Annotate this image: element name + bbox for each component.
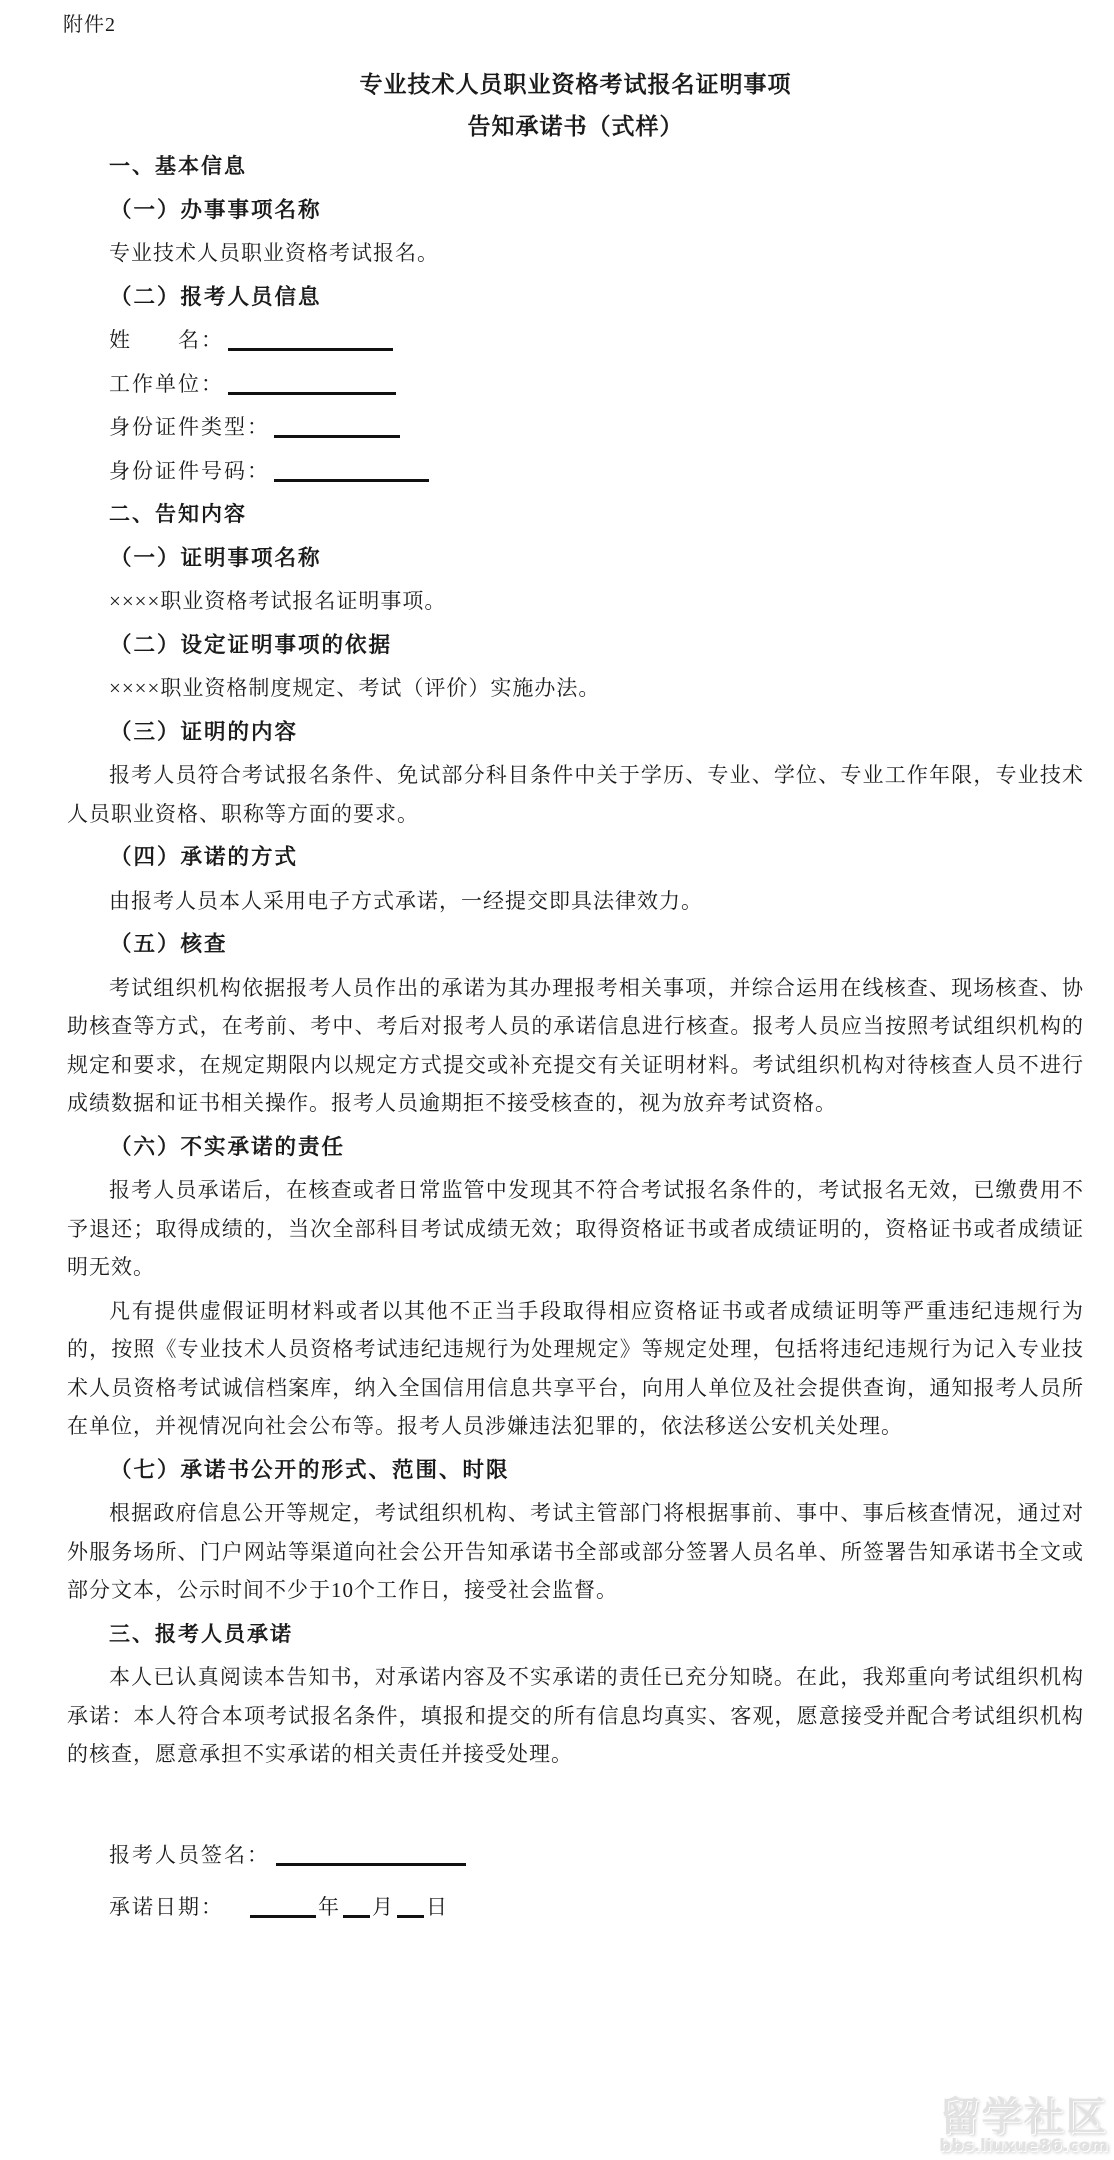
watermark-site-url: bbs.liuxue86.com (939, 2138, 1108, 2156)
document-page: 附件2 专业技术人员职业资格考试报名证明事项 告知承诺书（式样） 一、基本信息 … (0, 0, 1114, 2160)
month-suffix-label: 月 (372, 1895, 395, 1919)
section-heading-basic-info: 一、基本信息 (67, 147, 1084, 186)
subheading-applicant-info: （二）报考人员信息 (67, 278, 1084, 317)
subheading-false-commitment-liability: （六）不实承诺的责任 (67, 1128, 1084, 1167)
signature-label: 报考人员签名： (109, 1843, 270, 1867)
name-field-blank (228, 324, 393, 351)
work-unit-field-label: 工作单位： (109, 372, 224, 396)
paragraph-false-commitment-1: 报考人员承诺后，在核查或者日常监管中发现其不符合考试报名条件的，考试报名无效，已… (67, 1171, 1084, 1287)
subheading-matter-name: （一）办事事项名称 (67, 191, 1084, 230)
paragraph-commitment-method: 由报考人员本人采用电子方式承诺，一经提交即具法律效力。 (67, 882, 1084, 921)
id-type-field-label: 身份证件类型： (109, 415, 270, 439)
date-label: 承诺日期： (109, 1895, 224, 1919)
field-row-work-unit: 工作单位： (67, 365, 1084, 404)
subheading-cert-name: （一）证明事项名称 (67, 539, 1084, 578)
paragraph-cert-content: 报考人员符合考试报名条件、免试部分科目条件中关于学历、专业、学位、专业工作年限，… (67, 756, 1084, 833)
signature-blank (276, 1839, 466, 1866)
document-title: 专业技术人员职业资格考试报名证明事项 (67, 70, 1084, 100)
field-row-id-number: 身份证件号码： (67, 452, 1084, 491)
subheading-verification: （五）核查 (67, 925, 1084, 964)
name-field-label: 姓 名： (109, 328, 224, 352)
field-row-name: 姓 名： (67, 321, 1084, 360)
id-type-field-blank (274, 411, 400, 438)
subheading-cert-content: （三）证明的内容 (67, 713, 1084, 752)
id-number-field-label: 身份证件号码： (109, 459, 270, 483)
date-year-blank (250, 1891, 316, 1918)
id-number-field-blank (274, 455, 429, 482)
field-row-id-type: 身份证件类型： (67, 408, 1084, 447)
signature-row: 报考人员签名： (67, 1836, 1084, 1875)
date-day-blank (397, 1891, 424, 1918)
subheading-cert-basis: （二）设定证明事项的依据 (67, 626, 1084, 665)
day-suffix-label: 日 (426, 1895, 449, 1919)
year-suffix-label: 年 (318, 1895, 341, 1919)
paragraph-applicant-commitment: 本人已认真阅读本告知书，对承诺内容及不实承诺的责任已充分知晓。在此，我郑重向考试… (67, 1658, 1084, 1774)
date-month-blank (343, 1891, 370, 1918)
site-watermark: 留学社区 bbs.liuxue86.com (939, 2096, 1108, 2156)
watermark-site-name: 留学社区 (939, 2096, 1108, 2138)
section-heading-applicant-commitment: 三、报考人员承诺 (67, 1615, 1084, 1654)
paragraph-matter-name: 专业技术人员职业资格考试报名。 (67, 234, 1084, 273)
subheading-disclosure: （七）承诺书公开的形式、范围、时限 (67, 1451, 1084, 1490)
paragraph-cert-name: ××××职业资格考试报名证明事项。 (67, 582, 1084, 621)
date-row: 承诺日期：年月日 (67, 1888, 1084, 1927)
subheading-commitment-method: （四）承诺的方式 (67, 838, 1084, 877)
paragraph-cert-basis: ××××职业资格制度规定、考试（评价）实施办法。 (67, 669, 1084, 708)
paragraph-verification: 考试组织机构依据报考人员作出的承诺为其办理报考相关事项，并综合运用在线核查、现场… (67, 969, 1084, 1123)
paragraph-disclosure: 根据政府信息公开等规定，考试组织机构、考试主管部门将根据事前、事中、事后核查情况… (67, 1494, 1084, 1610)
document-subtitle: 告知承诺书（式样） (67, 112, 1084, 142)
section-heading-notice: 二、告知内容 (67, 495, 1084, 534)
work-unit-field-blank (228, 368, 396, 395)
attachment-label: 附件2 (63, 12, 1084, 38)
paragraph-false-commitment-2: 凡有提供虚假证明材料或者以其他不正当手段取得相应资格证书或者成绩证明等严重违纪违… (67, 1292, 1084, 1446)
